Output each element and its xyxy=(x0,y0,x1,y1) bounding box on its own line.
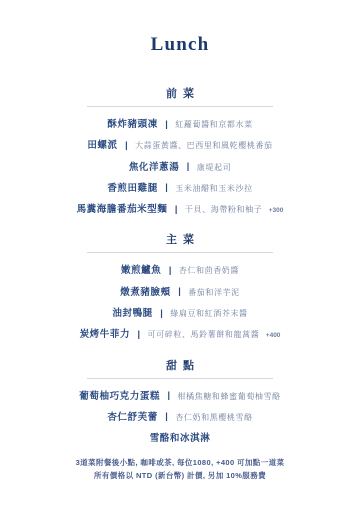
dish-name: 雪酪和冰淇淋 xyxy=(150,433,211,444)
divider-bar: | xyxy=(160,308,163,318)
footer-note: 3道菜附餐後小點, 咖啡或茶, 每位1080, +400 可加點一道菜 所有價格… xyxy=(76,456,285,482)
dish-description: 杏仁奶和黑櫻桃雪酪 xyxy=(175,413,252,422)
dish-description: 玉米油醋和玉米沙拉 xyxy=(175,184,252,193)
divider-bar: | xyxy=(165,119,168,129)
divider-bar: | xyxy=(175,204,178,214)
dish-description: 紅蘿蔔醬和京都水菜 xyxy=(175,120,252,129)
dish-name: 杏仁舒芙蕾 xyxy=(107,412,158,423)
dish-name: 田螺派 xyxy=(87,140,117,151)
dish-name: 馬糞海膽番茄米型麵 xyxy=(77,204,168,215)
section-divider xyxy=(87,106,273,107)
divider-bar: | xyxy=(187,161,190,171)
menu-section: 甜點 葡萄柚巧克力蛋糕 | 柑橘焦糖和蜂蜜葡萄柚雪酪 杏仁舒芙蕾 | 杏仁奶和黑… xyxy=(28,360,332,449)
menu-section: 主菜 嫩煎鱸魚 | 杏仁和茴香奶醬 燉煮豬臉頰 | 番茄和洋芋泥 油封鴨腿 | … xyxy=(28,234,332,345)
menu-item: 杏仁舒芙蕾 | 杏仁奶和黑櫻桃雪酪 xyxy=(28,406,332,427)
menu-item: 燉煮豬臉頰 | 番茄和洋芋泥 xyxy=(28,281,332,302)
page-title: Lunch xyxy=(151,34,210,56)
section-title: 主菜 xyxy=(28,234,332,247)
divider-bar: | xyxy=(178,286,181,296)
divider-bar: | xyxy=(165,182,168,192)
menu-item: 葡萄柚巧克力蛋糕 | 柑橘焦糖和蜂蜜葡萄柚雪酪 xyxy=(28,385,332,406)
menu-item: 雪酪和冰淇淋 xyxy=(28,427,332,448)
dish-name: 炭烤牛菲力 xyxy=(80,329,131,340)
menu-item: 馬糞海膽番茄米型麵 | 干貝、海帶粉和柚子 +300 xyxy=(28,198,332,220)
dish-price: +400 xyxy=(266,332,281,339)
menu-item: 嫩煎鱸魚 | 杏仁和茴香奶醬 xyxy=(28,259,332,280)
dish-name: 香煎田雞腿 xyxy=(107,183,158,194)
dish-description: 大蒜蛋黃醬、巴西里和風乾櫻桃番茄 xyxy=(135,141,273,150)
dish-description: 康堤起司 xyxy=(197,163,231,172)
dish-description: 柑橘焦糖和蜂蜜葡萄柚雪酪 xyxy=(178,392,281,401)
dish-name: 酥炸豬頭凍 xyxy=(107,119,158,130)
dish-description: 綠扁豆和紅酒芥末醬 xyxy=(170,309,247,318)
section-title: 甜點 xyxy=(28,360,332,373)
menu-item: 香煎田雞腿 | 玉米油醋和玉米沙拉 xyxy=(28,177,332,198)
menu-item: 炭烤牛菲力 | 可可碎粒、馬鈴薯餅和龍蒿醬 +400 xyxy=(28,323,332,345)
menu-sections: 前菜 酥炸豬頭凍 | 紅蘿蔔醬和京都水菜 田螺派 | 大蒜蛋黃醬、巴西里和風乾櫻… xyxy=(28,56,332,449)
menu-page: Lunch 前菜 酥炸豬頭凍 | 紅蘿蔔醬和京都水菜 田螺派 | 大蒜蛋黃醬、巴… xyxy=(0,0,360,508)
dish-name: 葡萄柚巧克力蛋糕 xyxy=(79,391,160,402)
dish-description: 干貝、海帶粉和柚子 xyxy=(185,205,262,214)
dish-name: 油封鴨腿 xyxy=(112,308,152,319)
menu-section: 前菜 酥炸豬頭凍 | 紅蘿蔔醬和京都水菜 田螺派 | 大蒜蛋黃醬、巴西里和風乾櫻… xyxy=(28,88,332,220)
section-divider xyxy=(87,378,273,379)
section-items: 葡萄柚巧克力蛋糕 | 柑橘焦糖和蜂蜜葡萄柚雪酪 杏仁舒芙蕾 | 杏仁奶和黑櫻桃雪… xyxy=(28,385,332,449)
divider-bar: | xyxy=(165,411,168,421)
divider-bar: | xyxy=(125,140,128,150)
dish-description: 杏仁和茴香奶醬 xyxy=(179,266,239,275)
dish-name: 焦化洋蔥湯 xyxy=(129,162,180,173)
divider-bar: | xyxy=(168,390,171,400)
menu-item: 酥炸豬頭凍 | 紅蘿蔔醬和京都水菜 xyxy=(28,113,332,134)
menu-item: 焦化洋蔥湯 | 康堤起司 xyxy=(28,156,332,177)
section-items: 酥炸豬頭凍 | 紅蘿蔔醬和京都水菜 田螺派 | 大蒜蛋黃醬、巴西里和風乾櫻桃番茄… xyxy=(28,113,332,220)
dish-price: +300 xyxy=(269,207,284,214)
dish-description: 可可碎粒、馬鈴薯餅和龍蒿醬 xyxy=(148,330,260,339)
section-title: 前菜 xyxy=(28,88,332,101)
dish-name: 嫩煎鱸魚 xyxy=(121,265,161,276)
section-divider xyxy=(87,252,273,253)
dish-name: 燉煮豬臉頰 xyxy=(120,287,171,298)
divider-bar: | xyxy=(138,329,141,339)
footer-note-line2: 所有價格以 NTD (新台幣) 計價, 另加 10%服務費 xyxy=(76,469,285,482)
footer-note-line1: 3道菜附餐後小點, 咖啡或茶, 每位1080, +400 可加點一道菜 xyxy=(76,456,285,469)
divider-bar: | xyxy=(169,265,172,275)
dish-description: 番茄和洋芋泥 xyxy=(188,288,240,297)
menu-item: 田螺派 | 大蒜蛋黃醬、巴西里和風乾櫻桃番茄 xyxy=(28,134,332,155)
menu-item: 油封鴨腿 | 綠扁豆和紅酒芥末醬 xyxy=(28,302,332,323)
section-items: 嫩煎鱸魚 | 杏仁和茴香奶醬 燉煮豬臉頰 | 番茄和洋芋泥 油封鴨腿 | 綠扁豆… xyxy=(28,259,332,345)
